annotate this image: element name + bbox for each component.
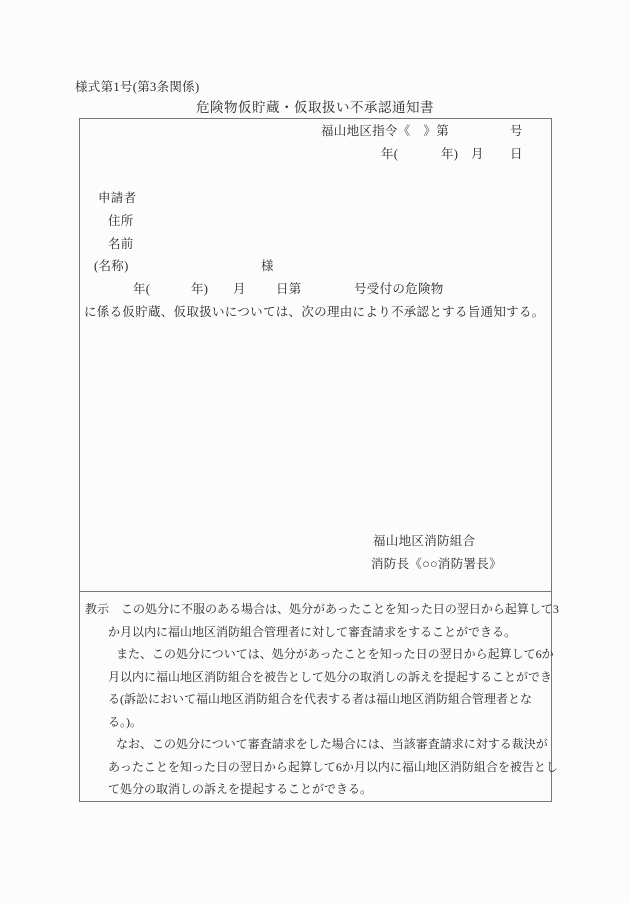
header-date-month: 月 xyxy=(471,147,484,161)
kyoji-line-1: 教示 この処分に不服のある場合は、処分があったことを知った日の翌日から起算して3 xyxy=(85,598,547,621)
receipt-year-close: 年) xyxy=(191,282,208,296)
signature-organization: 福山地区消防組合 xyxy=(373,534,475,548)
kyoji-instruction-section: 教示 この処分に不服のある場合は、処分があったことを知った日の翌日から起算して3… xyxy=(80,591,551,801)
kyoji-line-8: あったことを知った日の翌日から起算して6か月以内に福山地区消防組合を被告とし xyxy=(108,756,547,779)
notice-box: 福山地区指令《 》第 号 年( 年) 月 日 申請者 住所 名前 (名称) 様 … xyxy=(79,118,552,802)
receipt-month: 月 xyxy=(233,282,246,296)
kyoji-line-4: 月以内に福山地区消防組合を被告として処分の取消しの訴えを提起することができ xyxy=(108,666,547,689)
document-page: 様式第1号(第3条関係) 危険物仮貯蔵・仮取扱い不承認通知書 福山地区指令《 》… xyxy=(0,0,630,903)
kyoji-line-7: なお、この処分について審査請求をした場合には、当該審査請求に対する裁決が xyxy=(116,733,547,756)
receipt-year-open: 年( xyxy=(133,282,150,296)
kyoji-line-9: て処分の取消しの訴えを提起することができる。 xyxy=(108,778,547,801)
header-date-year-close: 年) xyxy=(441,147,458,161)
header-date-year-open: 年( xyxy=(381,147,398,161)
applicant-alias-label: (名称) xyxy=(94,259,129,273)
notice-body-sentence: に係る仮貯蔵、仮取扱いについては、次の理由により不承認とする旨通知する。 xyxy=(84,305,545,319)
receipt-suffix: 号受付の危険物 xyxy=(354,282,444,296)
kyoji-line-3: また、この処分については、処分があったことを知った日の翌日から起算して6か xyxy=(116,643,547,666)
header-date-day: 日 xyxy=(510,147,523,161)
form-number-label: 様式第1号(第3条関係) xyxy=(75,80,199,94)
applicant-label: 申請者 xyxy=(98,191,136,205)
signature-fire-chief: 消防長《○○消防署長》 xyxy=(371,557,502,571)
kyoji-line-5: る(訴訟において福山地区消防組合を代表する者は福山地区消防組合管理者とな xyxy=(108,688,547,711)
applicant-name-label: 名前 xyxy=(108,237,134,251)
page-title: 危険物仮貯蔵・仮取扱い不承認通知書 xyxy=(0,96,630,116)
kyoji-line-6: る。)。 xyxy=(108,711,547,734)
applicant-address-label: 住所 xyxy=(108,214,134,228)
applicant-honorific: 様 xyxy=(261,259,274,273)
directive-number-suffix: 号 xyxy=(510,124,523,138)
kyoji-line-2: か月以内に福山地区消防組合管理者に対して審査請求をすることができる。 xyxy=(108,621,547,644)
receipt-day-number: 日第 xyxy=(276,282,302,296)
directive-number-prefix: 福山地区指令《 》第 xyxy=(321,124,449,138)
